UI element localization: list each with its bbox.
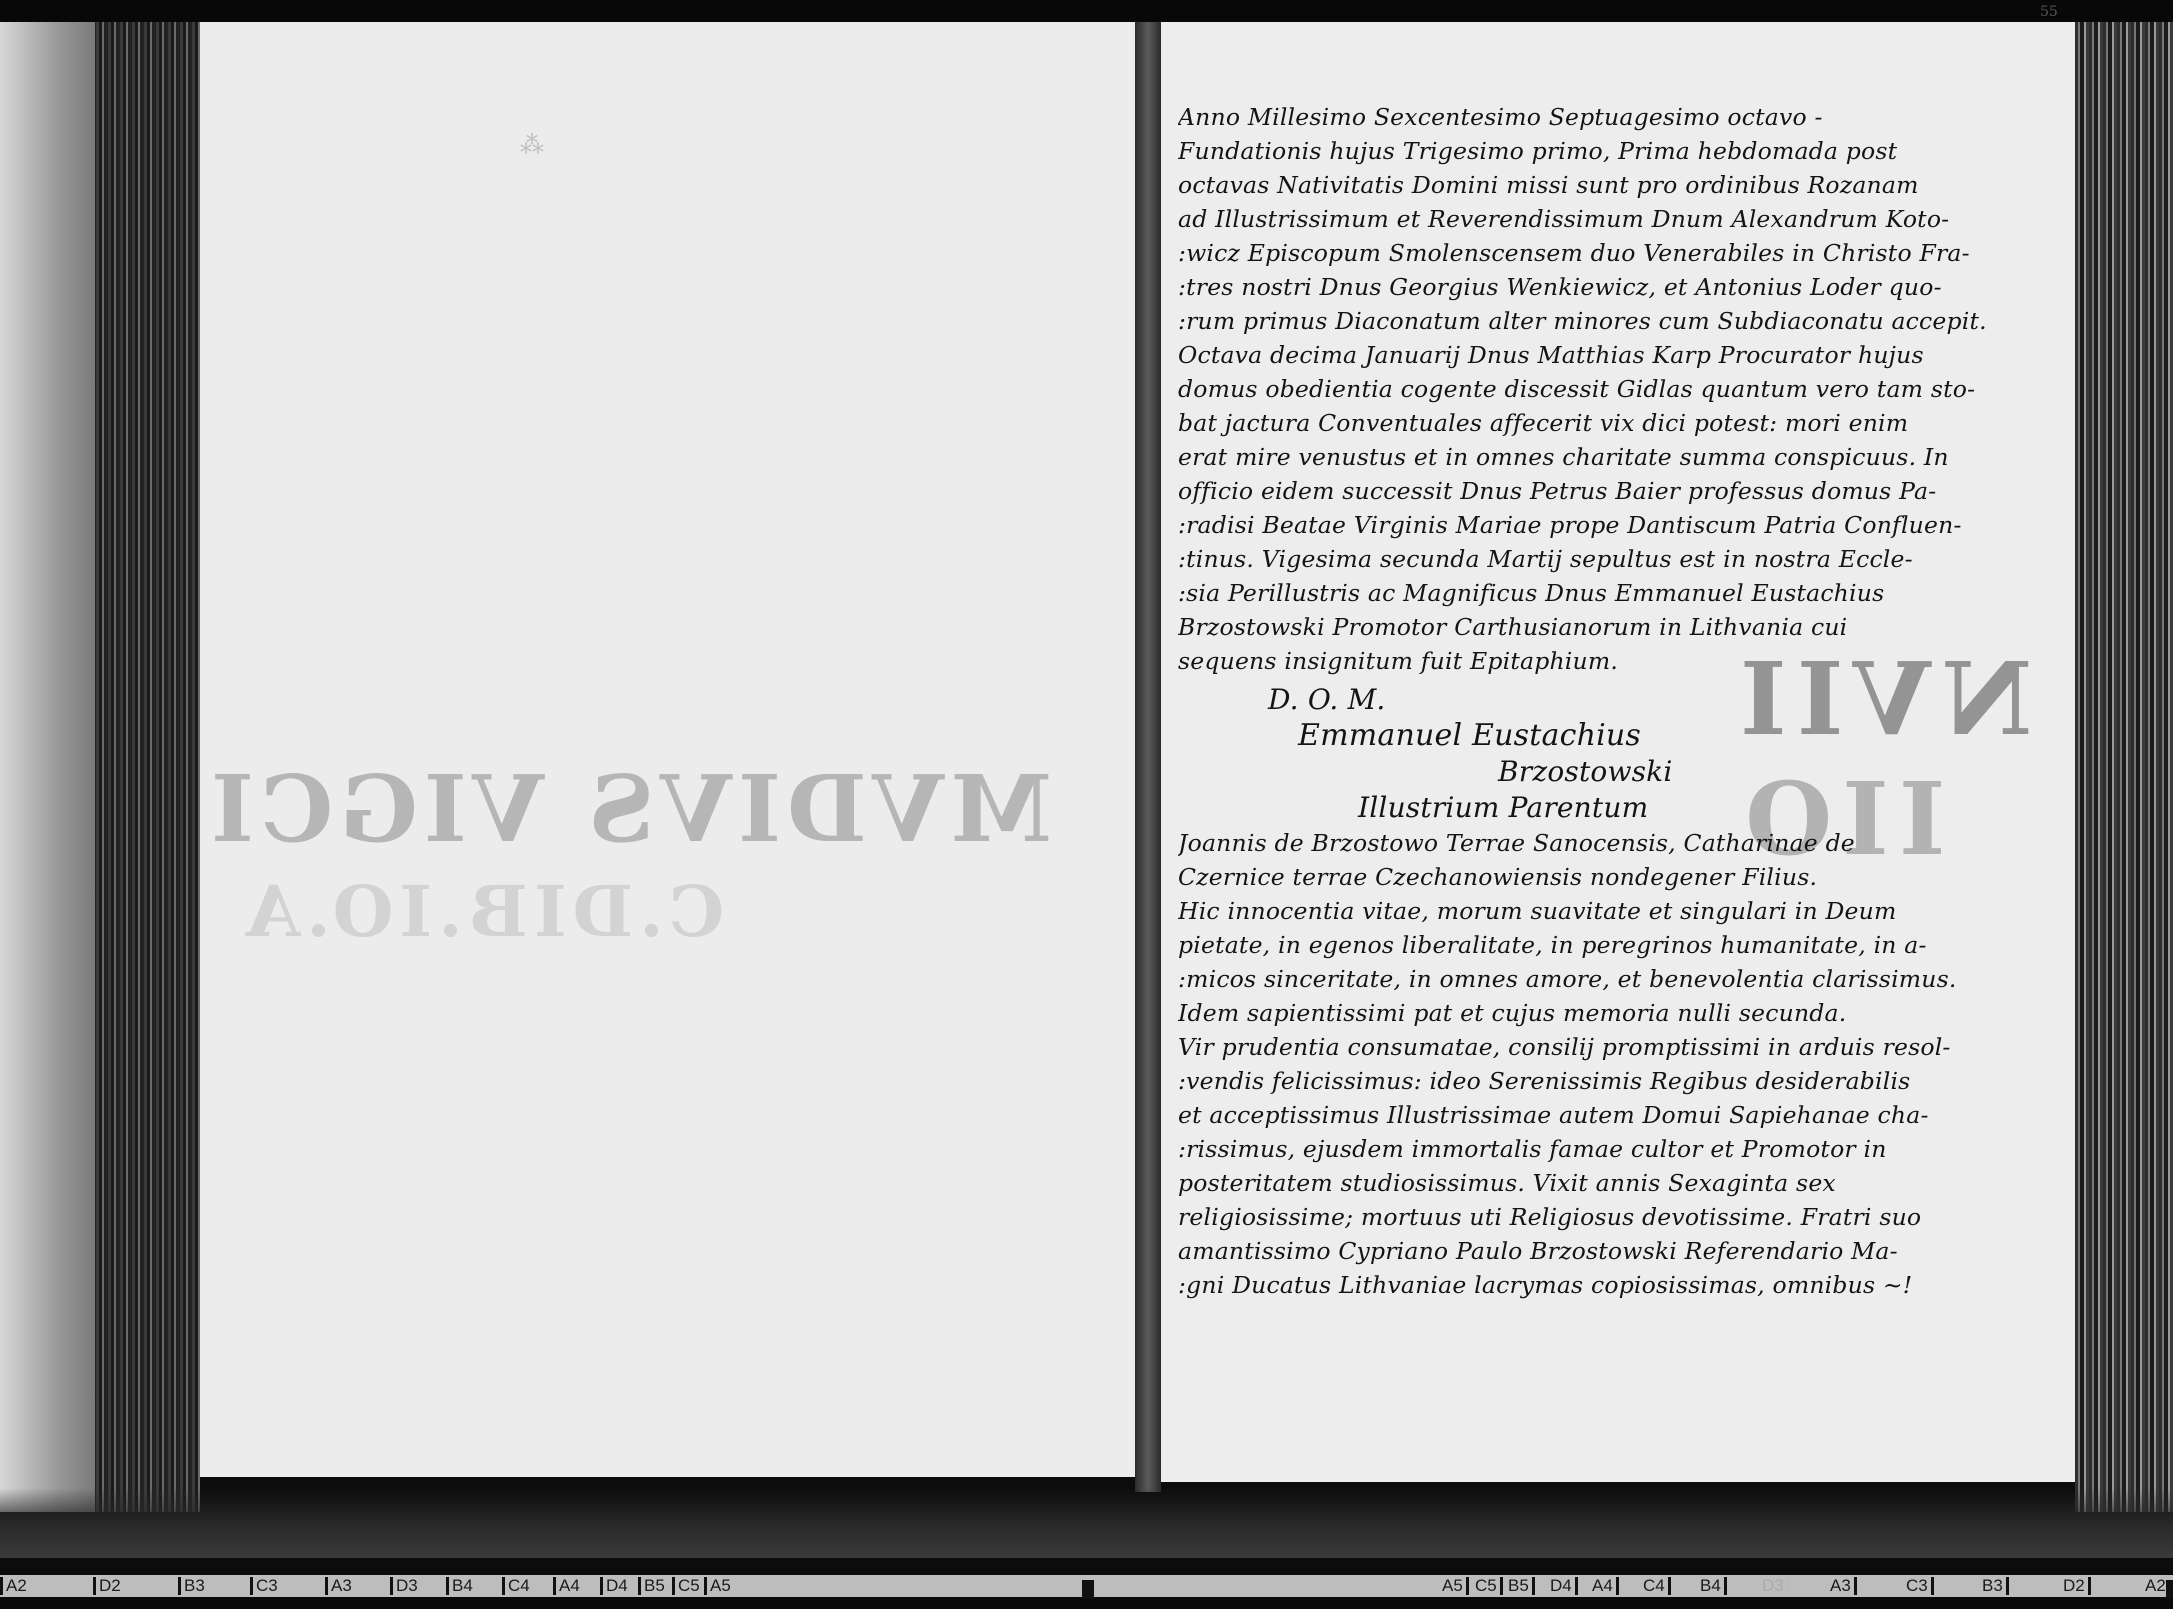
film-marker: A5 <box>704 1577 731 1595</box>
text-line: Fundationis hujus Trigesimo primo, Prima… <box>1178 134 1998 168</box>
epitaph-line: :gni Ducatus Lithvaniae lacrymas copiosi… <box>1178 1268 1998 1302</box>
film-marker: C4 <box>502 1577 530 1595</box>
left-bleed-through-line-2: C.DIB.IO.A <box>240 870 724 953</box>
epitaph-parents-line: Illustrium Parentum <box>1178 790 1998 826</box>
epitaph-line: Joannis de Brzostowo Terrae Sanocensis, … <box>1178 826 1998 860</box>
epitaph-name-line-1: Emmanuel Eustachius <box>1178 718 1998 754</box>
text-line: :sia Perillustris ac Magnificus Dnus Emm… <box>1178 576 1998 610</box>
chronicle-paragraph: Anno Millesimo Sexcentesimo Septuagesimo… <box>1178 100 1998 678</box>
epitaph-line: posteritatem studiosissimus. Vixit annis… <box>1178 1166 1998 1200</box>
film-marker: B4 <box>1700 1577 1727 1595</box>
text-line: octavas Nativitatis Domini missi sunt pr… <box>1178 168 1998 202</box>
text-line: domus obedientia cogente discessit Gidla… <box>1178 372 1998 406</box>
center-registration-mark <box>1082 1580 1094 1599</box>
film-marker: A4 <box>1592 1577 1619 1595</box>
film-marker: A5 <box>1442 1577 1469 1595</box>
text-line: Anno Millesimo Sexcentesimo Septuagesimo… <box>1178 100 1998 134</box>
ink-bleed-mark: ⁂ <box>520 131 544 159</box>
text-line: :tres nostri Dnus Georgius Wenkiewicz, e… <box>1178 270 1998 304</box>
film-marker: B5 <box>1508 1577 1535 1595</box>
text-line: :wicz Episcopum Smolenscensem duo Venera… <box>1178 236 1998 270</box>
manuscript-text: Anno Millesimo Sexcentesimo Septuagesimo… <box>1178 100 1998 1302</box>
film-marker: D2 <box>2063 1577 2091 1595</box>
film-marker: A3 <box>325 1577 352 1595</box>
epitaph-line: :rissimus, ejusdem immortalis famae cult… <box>1178 1132 1998 1166</box>
epitaph-name-line-2: Brzostowski <box>1178 754 1998 790</box>
dom-heading: D. O. M. <box>1178 682 1998 718</box>
text-line: ad Illustrissimum et Reverendissimum Dnu… <box>1178 202 1998 236</box>
right-registration-mark <box>2166 1580 2173 1599</box>
epitaph-line: Czernice terrae Czechanowiensis nondegen… <box>1178 860 1998 894</box>
left-bleed-through-line-1: MVDIVS VIGCI <box>205 755 1052 863</box>
film-marker: D4 <box>1550 1577 1578 1595</box>
epitaph-body: Joannis de Brzostowo Terrae Sanocensis, … <box>1178 826 1998 1302</box>
epitaph-line: pietate, in egenos liberalitate, in pere… <box>1178 928 1998 962</box>
epitaph-line: religiosissime; mortuus uti Religiosus d… <box>1178 1200 1998 1234</box>
book-gutter <box>1135 22 1161 1492</box>
microfilm-frame: ⁂ MVDIVS VIGCI C.DIB.IO.A 55 NVII IIO An… <box>0 0 2173 1609</box>
text-line: officio eidem successit Dnus Petrus Baie… <box>1178 474 1998 508</box>
text-line: bat jactura Conventuales affecerit vix d… <box>1178 406 1998 440</box>
epitaph-heading: D. O. M. Emmanuel Eustachius Brzostowski… <box>1178 682 1998 826</box>
text-line: :rum primus Diaconatum alter minores cum… <box>1178 304 1998 338</box>
film-marker: C3 <box>250 1577 278 1595</box>
right-page-edges <box>2075 22 2173 1512</box>
film-marker: D2 <box>93 1577 121 1595</box>
text-line: :radisi Beatae Virginis Mariae prope Dan… <box>1178 508 1998 542</box>
epitaph-line: Idem sapientissimi pat et cujus memoria … <box>1178 996 1998 1030</box>
film-marker: C4 <box>1643 1577 1671 1595</box>
text-line: :tinus. Vigesima secunda Martij sepultus… <box>1178 542 1998 576</box>
text-line: sequens insignitum fuit Epitaphium. <box>1178 644 1998 678</box>
epitaph-line: et acceptissimus Illustrissimae autem Do… <box>1178 1098 1998 1132</box>
film-marker: B3 <box>178 1577 205 1595</box>
epitaph-line: :micos sinceritate, in omnes amore, et b… <box>1178 962 1998 996</box>
film-marker: B3 <box>1982 1577 2009 1595</box>
text-line: Octava decima Januarij Dnus Matthias Kar… <box>1178 338 1998 372</box>
epitaph-line: Hic innocentia vitae, morum suavitate et… <box>1178 894 1998 928</box>
film-marker: A4 <box>553 1577 580 1595</box>
film-marker: C5 <box>1475 1577 1503 1595</box>
film-marker: C5 <box>672 1577 700 1595</box>
film-top-border <box>0 0 2173 22</box>
text-line: erat mire venustus et in omnes charitate… <box>1178 440 1998 474</box>
epitaph-line: amantissimo Cypriano Paulo Brzostowski R… <box>1178 1234 1998 1268</box>
film-marker: D4 <box>600 1577 628 1595</box>
book-bottom-edge <box>0 1488 2173 1558</box>
film-marker: B5 <box>638 1577 665 1595</box>
text-line: Brzostowski Promotor Carthusianorum in L… <box>1178 610 1998 644</box>
film-marker: A3 <box>1830 1577 1857 1595</box>
film-marker: A2 <box>2142 1577 2166 1595</box>
film-marker: D3 <box>390 1577 418 1595</box>
left-page-ink-bleed: ⁂ <box>520 130 700 330</box>
film-marker: A2 <box>0 1577 27 1595</box>
epitaph-line: :vendis felicissimus: ideo Serenissimis … <box>1178 1064 1998 1098</box>
left-page-edges-highlight <box>0 22 95 1512</box>
film-marker: B4 <box>446 1577 473 1595</box>
film-marker: D3 <box>1762 1577 1790 1595</box>
page-number: 55 <box>2040 4 2058 20</box>
epitaph-line: Vir prudentia consumatae, consilij promp… <box>1178 1030 1998 1064</box>
film-marker: C3 <box>1906 1577 1934 1595</box>
